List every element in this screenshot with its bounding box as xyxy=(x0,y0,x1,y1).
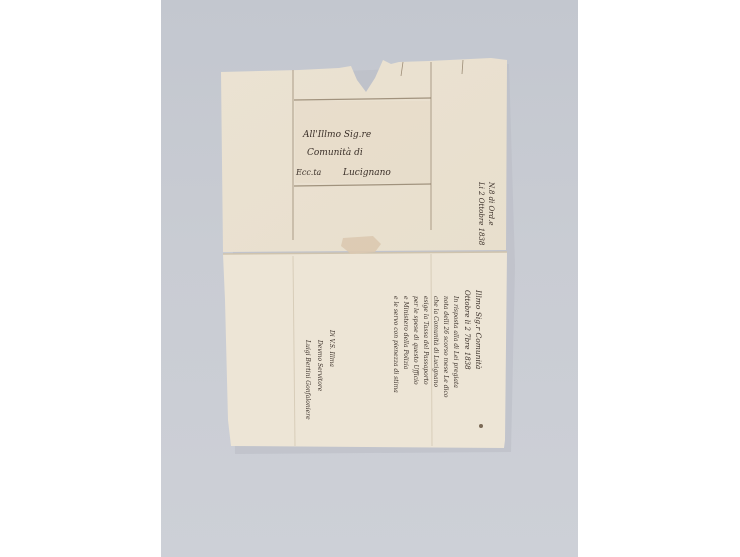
body-line-2: nota delli 26 scorso mese Le dico xyxy=(442,296,449,397)
side-note-line-1: N.8 di Ord.e xyxy=(487,182,495,225)
body-line-3: che la Comunità di Lucignano xyxy=(432,296,439,387)
address-line-2: Comunità di xyxy=(307,148,363,158)
signature-line-1: Devmo Servitore xyxy=(316,340,323,391)
salutation: Illmo Sig.r Comunità xyxy=(474,290,483,369)
body-line-4: esige la Tassa del Passaporto xyxy=(422,296,429,385)
letter-photograph: All'Illmo Sig.re Comunità di Ecc.ta Luci… xyxy=(161,0,578,557)
closing: Di V.S. Illma xyxy=(328,330,335,367)
address-line-1: All'Illmo Sig.re xyxy=(303,130,371,140)
address-line-3-left: Ecc.ta xyxy=(296,168,321,177)
body-line-6: e Ministero della Polizia xyxy=(402,296,409,369)
folded-letter-paper xyxy=(161,0,578,557)
body-line-7: e le servo con pienezza di stima xyxy=(392,296,399,393)
dateline: Ottobre li 2 7bre 1838 xyxy=(463,290,471,370)
address-line-3-right: Lucignano xyxy=(343,168,391,178)
side-note-line-2: Li 2 Ottobre 1838 xyxy=(477,182,485,245)
body-line-5: per le spese di questo Ufficio xyxy=(412,296,419,385)
body-line-1: In risposta alla di Lei pregiata xyxy=(452,296,459,388)
signature-line-2: Luigi Bertini Gonfaloniere xyxy=(304,340,311,420)
